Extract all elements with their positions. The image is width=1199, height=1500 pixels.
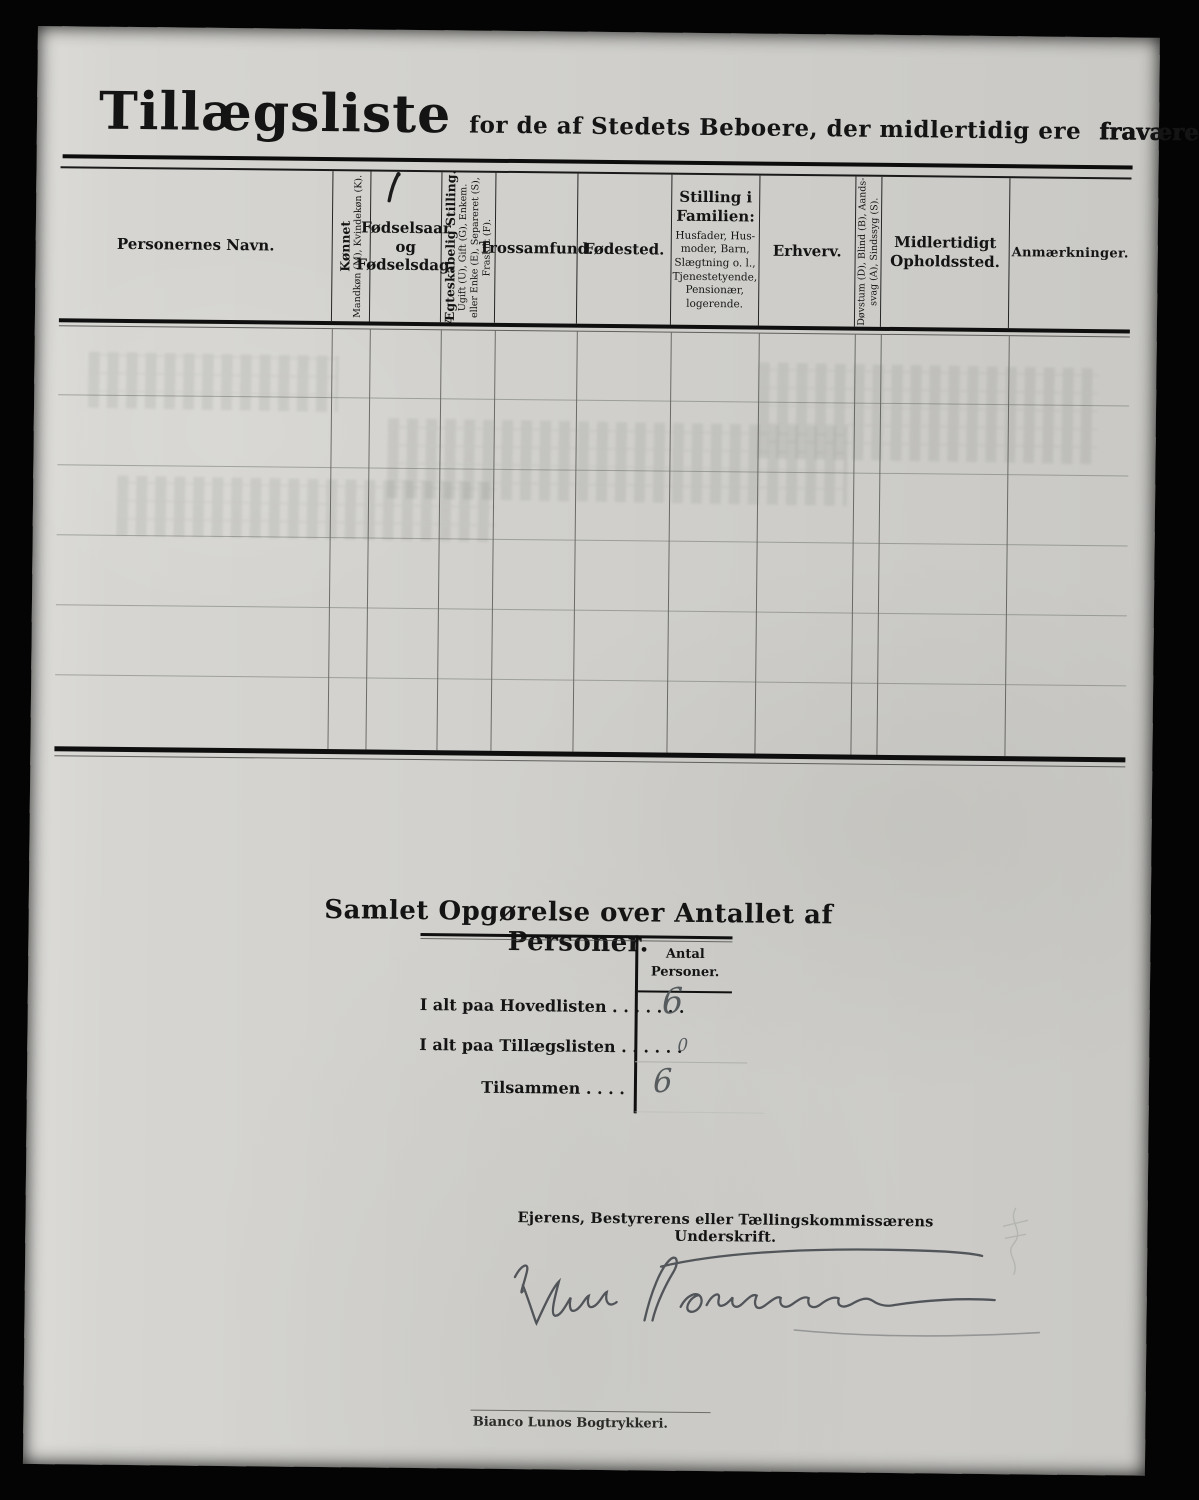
census-table: Personernes Navn. Kønnet Mandkøn (M), Kv…	[54, 166, 1131, 767]
column-line	[572, 332, 577, 752]
handwritten-count-tillaegsliste: 0	[677, 1035, 688, 1057]
column-header-gender: Kønnet Mandkøn (M), Kvindekøn (K).	[332, 171, 372, 321]
printer-rule	[471, 1410, 711, 1414]
summary-bottom-faint-line	[635, 1111, 765, 1113]
summary-row-label: I alt paa Tillægslisten . . . . . .	[419, 1035, 625, 1056]
pencil-squiggle	[983, 1204, 1048, 1281]
paper-sheet: Tillægsliste for de af Stedets Beboere, …	[23, 26, 1160, 1476]
column-header-temporary-residence: Midlertidigt Opholdssted.	[881, 177, 1011, 328]
column-header-remarks: Anmærkninger.	[1009, 178, 1132, 329]
summary-column-header: Antal Personer.	[638, 945, 732, 982]
vertical-text: Kønnet Mandkøn (M), Kvindekøn (K).	[337, 175, 365, 318]
column-header-disability: Døvstum (D), Blind (B), Aands- svag (A),…	[855, 177, 883, 327]
row-line	[55, 674, 1126, 686]
page-subtitle: for de af Stedets Beboere, der midlertid…	[469, 112, 1081, 145]
handwritten-count-hovedliste: 6	[662, 980, 684, 1024]
handwritten-count-total: 6	[653, 1062, 673, 1101]
column-header-religion: Trossamfund.	[495, 173, 579, 324]
summary-table: Antal Personer. I alt paa Hovedlisten . …	[419, 933, 733, 1118]
summary-row-label: Tilsammen . . . .	[419, 1077, 625, 1098]
document-header: Tillægsliste for de af Stedets Beboere, …	[99, 81, 1150, 153]
page-title: Tillægsliste	[99, 81, 452, 146]
row-line	[56, 604, 1127, 616]
page-subtitle-emphasis: fraværende.	[1099, 118, 1199, 147]
printer-credit: Bianco Lunos Bogtrykkeri.	[415, 1414, 725, 1432]
summary-row-label: I alt paa Hovedlisten . . . . . . .	[420, 995, 626, 1016]
census-table-header-row: Personernes Navn. Kønnet Mandkøn (M), Kv…	[59, 166, 1132, 333]
column-header-birthplace: Fødested.	[577, 174, 673, 325]
column-header-family-position: Stilling i Familien: Husfader, Hus- mode…	[671, 175, 761, 326]
column-header-name: Personernes Navn.	[59, 168, 334, 321]
bleed-through-smudge	[116, 476, 497, 543]
scanned-census-page: Tillægsliste for de af Stedets Beboere, …	[0, 0, 1199, 1500]
pen-stroke-mark	[380, 171, 406, 205]
family-position-sublines: Husfader, Hus- moder, Barn, Slægtning o.…	[672, 229, 758, 312]
pencil-underline	[635, 1061, 747, 1063]
summary-column-rule	[638, 990, 732, 993]
vertical-text: Døvstum (D), Blind (B), Aands- svag (A),…	[856, 178, 881, 326]
column-header-occupation: Erhverv.	[759, 176, 857, 327]
column-line	[666, 333, 671, 753]
bleed-through-smudge	[757, 362, 1099, 464]
bleed-through-smudge	[88, 352, 339, 412]
census-table-body-empty	[54, 326, 1129, 762]
